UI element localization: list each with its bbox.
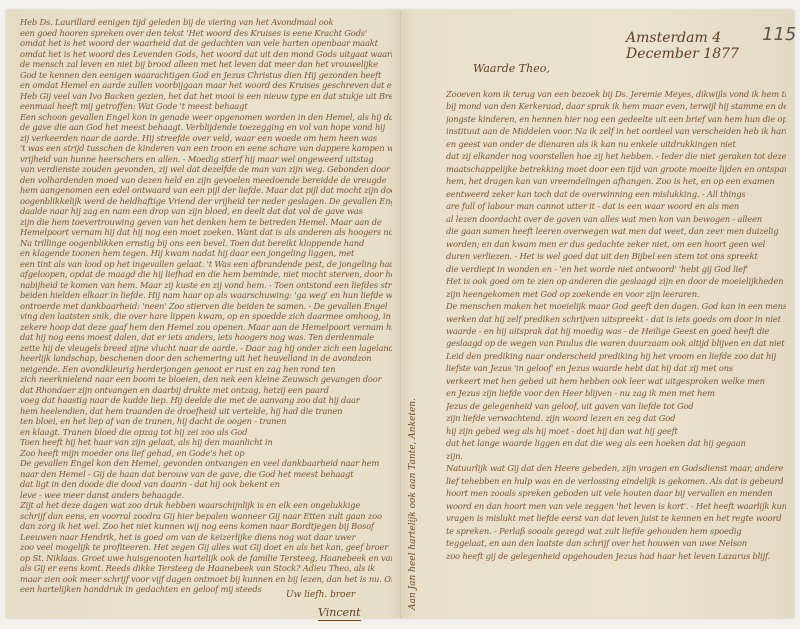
letter-line: Het is ook goed om te zien op anderen di…	[446, 275, 786, 287]
letter-line: vragen is mislukt met liefde eerst van d…	[446, 512, 786, 524]
letter-line: jongste kinderen, en hennen hier nog een…	[446, 113, 786, 125]
center-fold	[400, 10, 402, 618]
letter-line: hem, het dragen kan van vreemdelingen af…	[446, 175, 786, 187]
letter-line: Natuurlijk wat Gij dat den Heere gebeden…	[446, 462, 786, 474]
letter-line: al lezen doordacht over de gaven van all…	[446, 213, 786, 225]
right-page: Amsterdam 4 December 1877 115 Waarde The…	[446, 10, 786, 618]
signature: Vincent	[318, 606, 361, 621]
letter-line: bij mond van den Kerkeraad, daar sprak i…	[446, 100, 786, 112]
letter-line: zijn.	[446, 450, 786, 462]
letter-line: dat het lange waarde liggen en dat die w…	[446, 437, 786, 449]
letter-line: die verdiept in wonden en - 'en het word…	[446, 263, 786, 275]
letter-line: eentweerd zeker kan toch dat de overwinn…	[446, 188, 786, 200]
letter-line: hoort men zooals spreken geboden uit vel…	[446, 487, 786, 499]
letter-line: De menschen maken het moeielijk maar God…	[446, 300, 786, 312]
letter-line: are full of labour man cannot utter it -…	[446, 200, 786, 212]
closing: Uw liefh. broer	[286, 590, 355, 600]
letter-line: die gaan samen heeft leeren overwegen wa…	[446, 225, 786, 237]
left-page: Heb Ds. Laurillard eenigen tijd geleden …	[20, 10, 390, 618]
letter-line: en geest van onder de dienaren als ik ka…	[446, 138, 786, 150]
letter-line: hij zijn gebed weg als hij moet - doet h…	[446, 425, 786, 437]
letter-line: lief tehebben en hulp was en de verlossi…	[446, 475, 786, 487]
letter-line: zijn heengekomen met God op zoekende en …	[446, 288, 786, 300]
page-number: 115	[762, 24, 796, 45]
letter-line: verkeert met hen gebed uit hem hebben oo…	[446, 375, 786, 387]
letter-line: woord en dan hoort men van vele zeggen '…	[446, 500, 786, 512]
letter-line: Leid den prediking naar onderscheid pred…	[446, 350, 786, 362]
letter-line: teggelaat, en aan den laatste dan schrij…	[446, 537, 786, 549]
letter-line: zijn liefde verwachtend. zijn woord leze…	[446, 412, 786, 424]
letter-line: werken dat hij zelf prediken schrijven u…	[446, 313, 786, 325]
salutation: Waarde Theo,	[473, 62, 550, 75]
letter-line: duren verliezen. - Het is wel goed dat u…	[446, 250, 786, 262]
letter-line: maatschappelijke betrekking moet door ee…	[446, 163, 786, 175]
letter-line: geslaagd op de wegen van Paulus die ware…	[446, 337, 786, 349]
letter-sheet: Heb Ds. Laurillard eenigen tijd geleden …	[6, 10, 794, 618]
vertical-margin-note: Aan Jan heel hartelijk ook aan Tante, An…	[408, 230, 420, 610]
letter-line: en Jezus zijn liefde voor den Heer blijv…	[446, 387, 786, 399]
letter-line: worden; en dan kwam men er dus gedachte …	[446, 238, 786, 250]
letter-line: te spreken. - Perlaß sooals gezegd wat z…	[446, 525, 786, 537]
letter-line: Zooeven kom ik terug van een bezoek bij …	[446, 88, 786, 100]
letter-line: dat zij elkander nog voorstellen hoe zij…	[446, 150, 786, 162]
letter-line: zoo heeft gij de gelegenheid opgehouden …	[446, 550, 786, 562]
letter-line: instituut aan de Middelen voor. Na ik ze…	[446, 125, 786, 137]
letter-line: waarde - en hij uitsprak dat hij moedig …	[446, 325, 786, 337]
letter-line: Jezus de gelegenheid van geloof, uit gav…	[446, 400, 786, 412]
letter-line: liefste van Jezus 'in geloof' en Jezus w…	[446, 362, 786, 374]
